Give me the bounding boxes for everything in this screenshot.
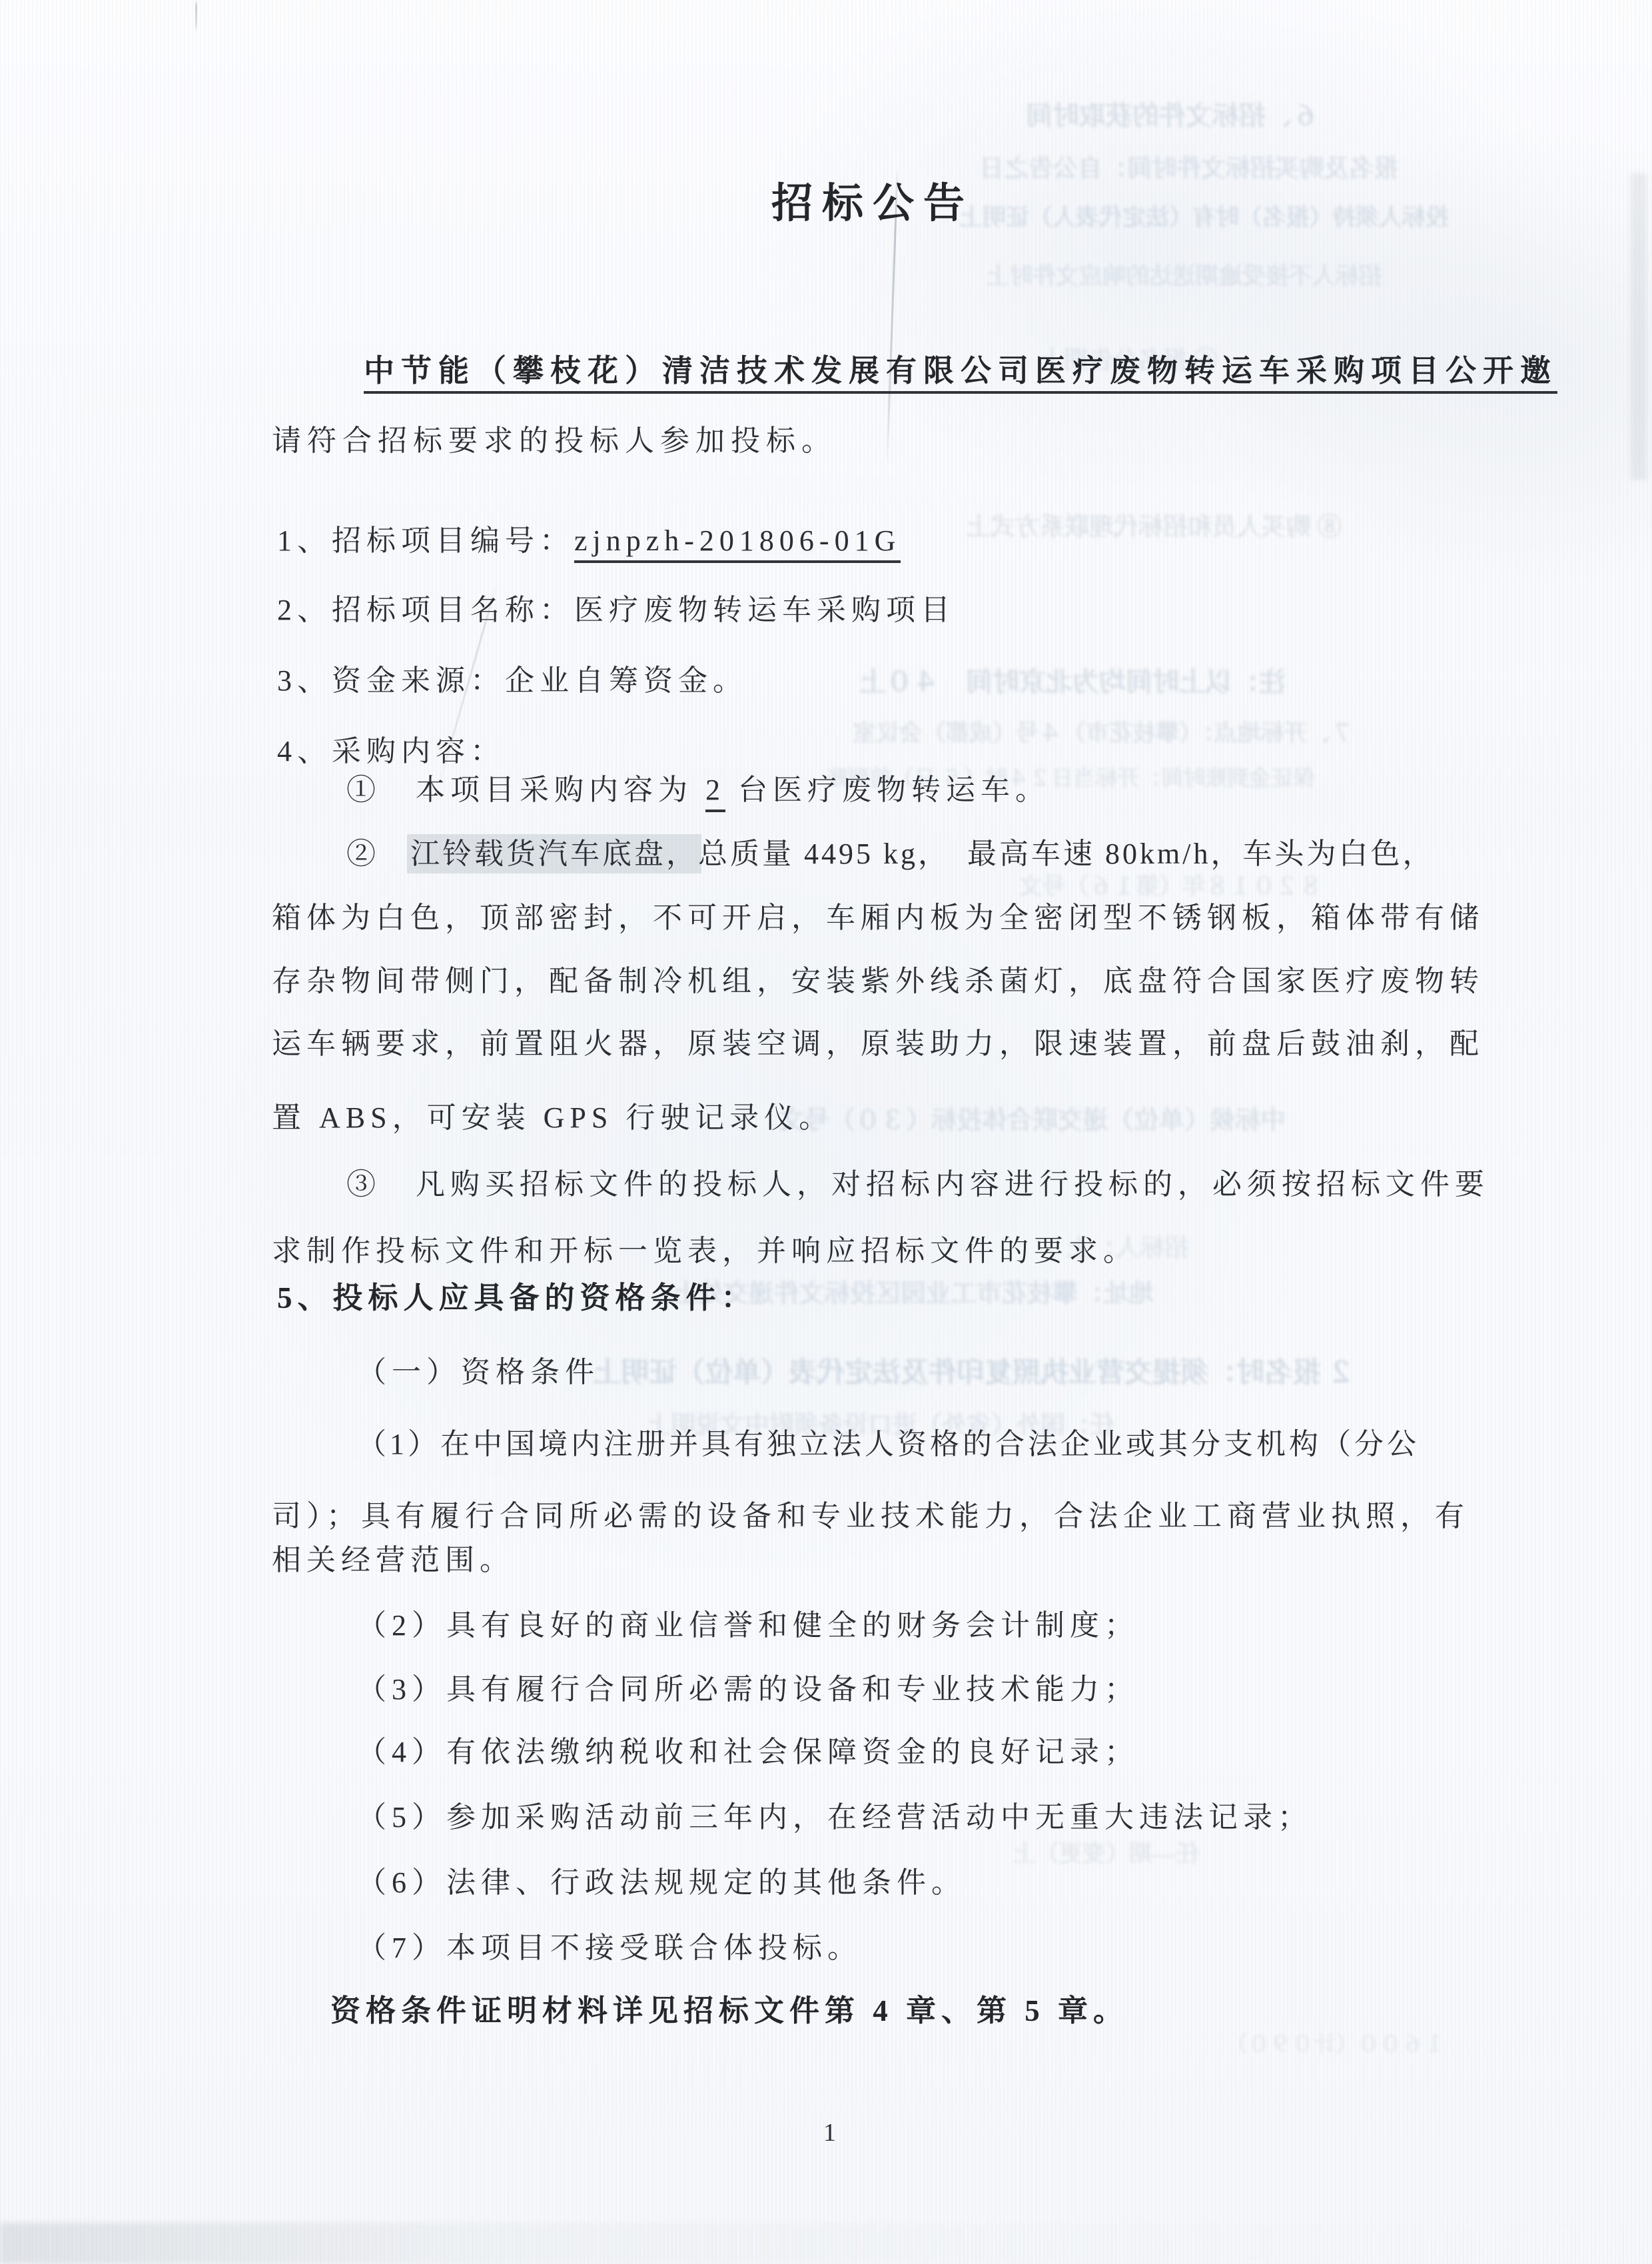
text-run: 总质量 4495 kg， 最高车速 80km/h，车头为白色， bbox=[698, 838, 1434, 870]
body-line: 司）；具有履行合同所必需的设备和专业技术能力，合法企业工商营业执照，有 bbox=[272, 1498, 1469, 1534]
qualification-4: （4）有依法缴纳税收和社会保障资金的良好记录； bbox=[357, 1734, 1139, 1770]
body-line: 箱体为白色，顶部密封，不可开启，车厢内板为全密闭型不锈钢板，箱体带有储 bbox=[272, 899, 1484, 936]
text-run: 4、采购内容： bbox=[277, 735, 505, 768]
underlined-text-run: zjnpzh-201806-01G bbox=[574, 524, 901, 563]
text-run: ③ 凡购买招标文件的投标人，对招标内容进行投标的，必须按招标文件要 bbox=[346, 1168, 1489, 1201]
body-line: 求制作投标文件和开标一览表，并响应招标文件的要求。 bbox=[272, 1233, 1138, 1269]
item-4-sub-2: ② 江铃载货汽车底盘，总质量 4495 kg， 最高车速 80km/h，车头为白… bbox=[346, 836, 1434, 872]
text-run: 相关经营范围。 bbox=[272, 1544, 514, 1576]
body-line: 运车辆要求，前置阻火器，原装空调，原装助力，限速装置，前盘后鼓油刹，配 bbox=[272, 1025, 1484, 1062]
qualification-header: （一）资格条件 bbox=[357, 1354, 600, 1391]
underlined-text-run: 中节能（攀枝花）清洁技术发展有限公司医疗废物转运车采购项目公开邀 bbox=[364, 354, 1557, 394]
qualification-5: （5）参加采购活动前三年内，在经营活动中无重大违法记录； bbox=[357, 1799, 1312, 1836]
text-run: 2、招标项目名称：医疗废物转运车采购项目 bbox=[277, 594, 955, 626]
text-run: 运车辆要求，前置阻火器，原装空调，原装助力，限速装置，前盘后鼓油刹，配 bbox=[272, 1027, 1484, 1060]
text-run: （一）资格条件 bbox=[357, 1356, 600, 1389]
qualification-6: （6）法律、行政法规规定的其他条件。 bbox=[357, 1864, 966, 1901]
body-line: 相关经营范围。 bbox=[272, 1542, 514, 1578]
text-run: （7）本项目不接受联合体投标。 bbox=[357, 1932, 862, 1964]
doc-title: 招标公告 bbox=[771, 179, 974, 231]
text-run: （5）参加采购活动前三年内，在经营活动中无重大违法记录； bbox=[357, 1801, 1312, 1834]
text-run: （4）有依法缴纳税收和社会保障资金的良好记录； bbox=[357, 1736, 1139, 1768]
text-run: ① 本项目采购内容为 bbox=[346, 774, 705, 806]
body-line: 置 ABS，可安装 GPS 行驶记录仪。 bbox=[272, 1099, 833, 1136]
item-3: 3、资金来源：企业自筹资金。 bbox=[277, 662, 747, 699]
text-run: 台医疗废物转运车。 bbox=[725, 774, 1050, 806]
text-run: 司）；具有履行合同所必需的设备和专业技术能力，合法企业工商营业执照，有 bbox=[272, 1500, 1469, 1532]
item-4: 4、采购内容： bbox=[277, 733, 505, 770]
item-5: 5、投标人应具备的资格条件： bbox=[277, 1279, 757, 1317]
body-line: 存杂物间带侧门，配备制冷机组，安装紫外线杀菌灯，底盘符合国家医疗废物转 bbox=[272, 963, 1484, 999]
text-run: （3）具有履行合同所必需的设备和专业技术能力； bbox=[357, 1673, 1139, 1706]
item-4-sub-3: ③ 凡购买招标文件的投标人，对招标内容进行投标的，必须按招标文件要 bbox=[346, 1166, 1489, 1203]
text-run: 存杂物间带侧门，配备制冷机组，安装紫外线杀菌灯，底盘符合国家医疗废物转 bbox=[272, 965, 1484, 997]
page-number: 1 bbox=[823, 2120, 836, 2145]
text-run: （1）在中国境内注册并具有独立法人资格的合法企业或其分支机构（分公 bbox=[357, 1428, 1420, 1460]
text-run: 5、投标人应具备的资格条件： bbox=[277, 1281, 757, 1315]
text-run: 箱体为白色，顶部密封，不可开启，车厢内板为全密闭型不锈钢板，箱体带有储 bbox=[272, 901, 1484, 934]
heading-continuation: 请符合招标要求的投标人参加投标。 bbox=[272, 422, 837, 459]
item-1: 1、招标项目编号：zjnpzh-201806-01G bbox=[277, 522, 901, 559]
document-lines: 招标公告中节能（攀枝花）清洁技术发展有限公司医疗废物转运车采购项目公开邀请符合招… bbox=[0, 0, 1652, 2264]
text-run: 资格条件证明材料详见招标文件第 4 章、第 5 章。 bbox=[330, 1994, 1128, 2027]
text-run: 求制作投标文件和开标一览表，并响应招标文件的要求。 bbox=[272, 1235, 1138, 1267]
text-run: 请符合招标要求的投标人参加投标。 bbox=[272, 424, 837, 457]
qualification-2: （2）具有良好的商业信誉和健全的财务会计制度； bbox=[357, 1607, 1139, 1644]
qualification-3: （3）具有履行合同所必需的设备和专业技术能力； bbox=[357, 1671, 1139, 1708]
text-run: （6）法律、行政法规规定的其他条件。 bbox=[357, 1866, 966, 1899]
highlighted-text-run: 江铃载货汽车底盘， bbox=[410, 838, 698, 870]
closing-line: 资格条件证明材料详见招标文件第 4 章、第 5 章。 bbox=[330, 1992, 1128, 2029]
text-run: 1、招标项目编号： bbox=[277, 524, 574, 557]
qualification-7: （7）本项目不接受联合体投标。 bbox=[357, 1930, 862, 1966]
qualification-1: （1）在中国境内注册并具有独立法人资格的合法企业或其分支机构（分公 bbox=[357, 1426, 1420, 1462]
heading-line: 中节能（攀枝花）清洁技术发展有限公司医疗废物转运车采购项目公开邀 bbox=[364, 352, 1557, 390]
text-run: 招标公告 bbox=[771, 181, 974, 227]
text-run: 置 ABS，可安装 GPS 行驶记录仪。 bbox=[272, 1101, 833, 1134]
item-2: 2、招标项目名称：医疗废物转运车采购项目 bbox=[277, 592, 955, 628]
text-run: （2）具有良好的商业信誉和健全的财务会计制度； bbox=[357, 1609, 1139, 1642]
text-run: 3、资金来源：企业自筹资金。 bbox=[277, 664, 747, 697]
text-run: ② bbox=[346, 838, 410, 870]
item-4-sub-1: ① 本项目采购内容为 2 台医疗废物转运车。 bbox=[346, 772, 1050, 808]
scanned-document-page: ６、招标文件的获取时间报名及购买招标文件时间：自公告之日投标人须持（报名）时有（… bbox=[0, 0, 1652, 2264]
underlined-text-run: 2 bbox=[705, 774, 725, 812]
